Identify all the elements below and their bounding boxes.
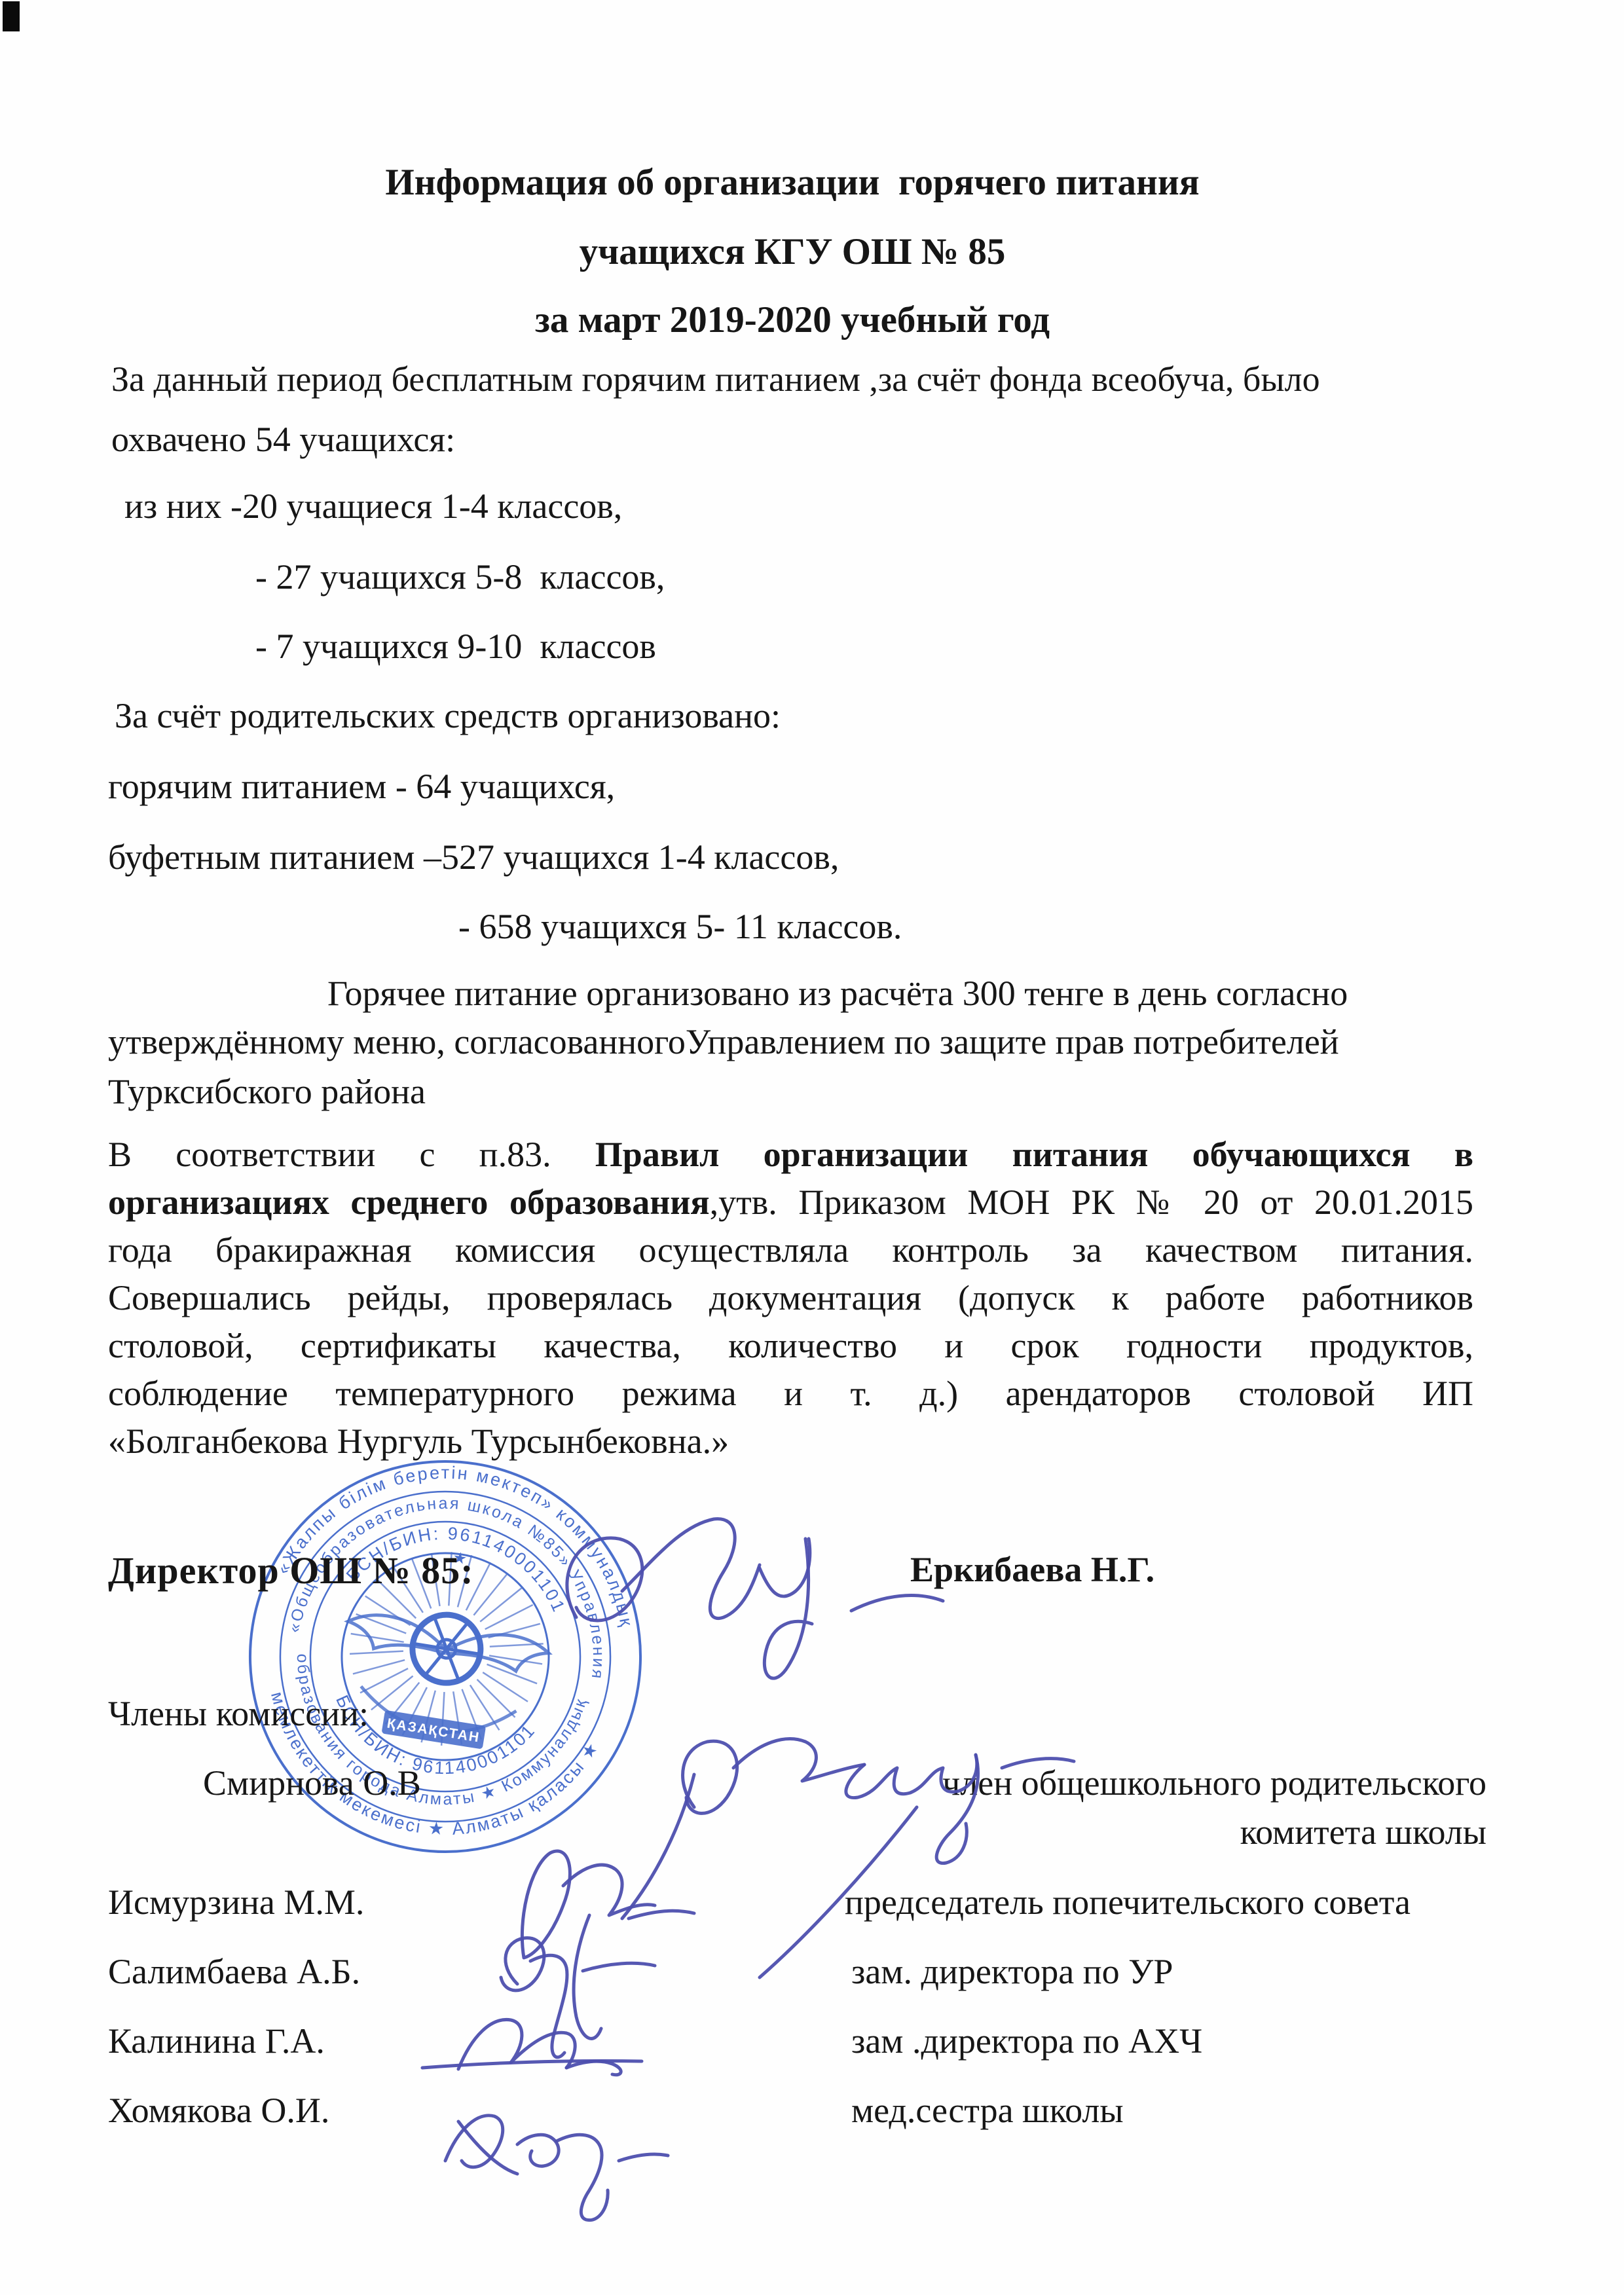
paragraph1-line2: охвачено 54 учащихся:	[111, 419, 455, 460]
list-item: из них -20 учащиеся 1-4 классов,	[124, 486, 622, 526]
signature-salimbaeva	[501, 1938, 655, 2057]
member-name: Смирнова О.В	[203, 1763, 421, 1803]
paragraph1-line1: За данный период бесплатным горячим пита…	[111, 359, 1320, 399]
member-name: Калинина Г.А.	[108, 2021, 325, 2061]
parents-funds-line: горячим питанием - 64 учащихся,	[108, 766, 615, 807]
rules-paragraph-line: соблюдение температурного режима и т. д.…	[108, 1373, 1473, 1414]
rules-bold-segment: Правил организации питания обучающихся в	[595, 1135, 1473, 1174]
title-line-1: Информация об организации горячего питан…	[0, 161, 1585, 204]
member-name: Салимбаева А.Б.	[108, 1951, 360, 1992]
parents-funds-line: буфетным питанием –527 учащихся 1-4 клас…	[108, 837, 839, 877]
scanned-document-page: { "colors":{ "stamp":"#3b63c8", "ink":"#…	[0, 0, 1624, 2295]
member-role-line: председатель попечительского совета	[845, 1882, 1411, 1922]
rules-regular-segment: В соответствии с п.83.	[108, 1135, 595, 1174]
member-role-line: зам. директора по УР	[851, 1951, 1173, 1992]
menu-line: утверждённому меню, согласованногоУправл…	[108, 1021, 1339, 1062]
rules-regular-segment: ,утв. Приказом МОН РК № 20 от 20.01.2015	[710, 1183, 1473, 1222]
list-item: - 7 учащихся 9-10 классов	[255, 626, 656, 667]
member-role-line: член общешкольного родительского	[942, 1759, 1486, 1808]
title-line-2: учащихся КГУ ОШ № 85	[0, 230, 1585, 274]
rules-paragraph-line: года бракиражная комиссия осуществляла к…	[108, 1230, 1473, 1270]
commission-label: Члены комиссии:	[108, 1693, 369, 1734]
scan-artifact-mark	[3, 1, 20, 31]
list-item: - 27 учащихся 5-8 классов,	[255, 557, 665, 597]
rules-paragraph-line: В соответствии с п.83. Правил организаци…	[108, 1134, 1473, 1175]
rules-bold-segment: организациях среднего образования	[108, 1183, 710, 1222]
member-name: Исмурзина М.М.	[108, 1882, 364, 1922]
member-role-line: зам .директора по АХЧ	[851, 2021, 1202, 2061]
signature-khomyakova	[445, 2116, 668, 2220]
rules-paragraph-line: «Болганбекова Нургуль Турсынбековна.»	[108, 1421, 729, 1461]
rules-paragraph-line: организациях среднего образования,утв. П…	[108, 1182, 1473, 1222]
member-role: член общешкольного родительского комитет…	[942, 1759, 1486, 1856]
menu-line: Турксибского района	[108, 1071, 426, 1112]
member-role-line: мед.сестра школы	[851, 2090, 1124, 2131]
parents-funds-heading: За счёт родительских средств организован…	[115, 695, 781, 736]
title-line-3: за март 2019-2020 учебный год	[0, 299, 1585, 342]
rules-paragraph-line: столовой, сертификаты качества, количест…	[108, 1325, 1473, 1366]
school-stamp: «Жалпы білім беретін мектеп» коммуналдық…	[229, 1441, 661, 1873]
rules-paragraph-line: Совершались рейды, проверялась документа…	[108, 1277, 1473, 1318]
member-name: Хомякова О.И.	[108, 2090, 329, 2131]
signature-kalinina	[422, 2019, 642, 2074]
director-label: Директор ОШ № 85:	[108, 1549, 474, 1593]
menu-line: Горячее питание организовано из расчёта …	[327, 973, 1348, 1014]
director-name: Еркибаева Н.Г.	[910, 1549, 1154, 1590]
member-role-line: комитета школы	[942, 1808, 1486, 1857]
parents-funds-line: - 658 учащихся 5- 11 классов.	[458, 906, 902, 947]
